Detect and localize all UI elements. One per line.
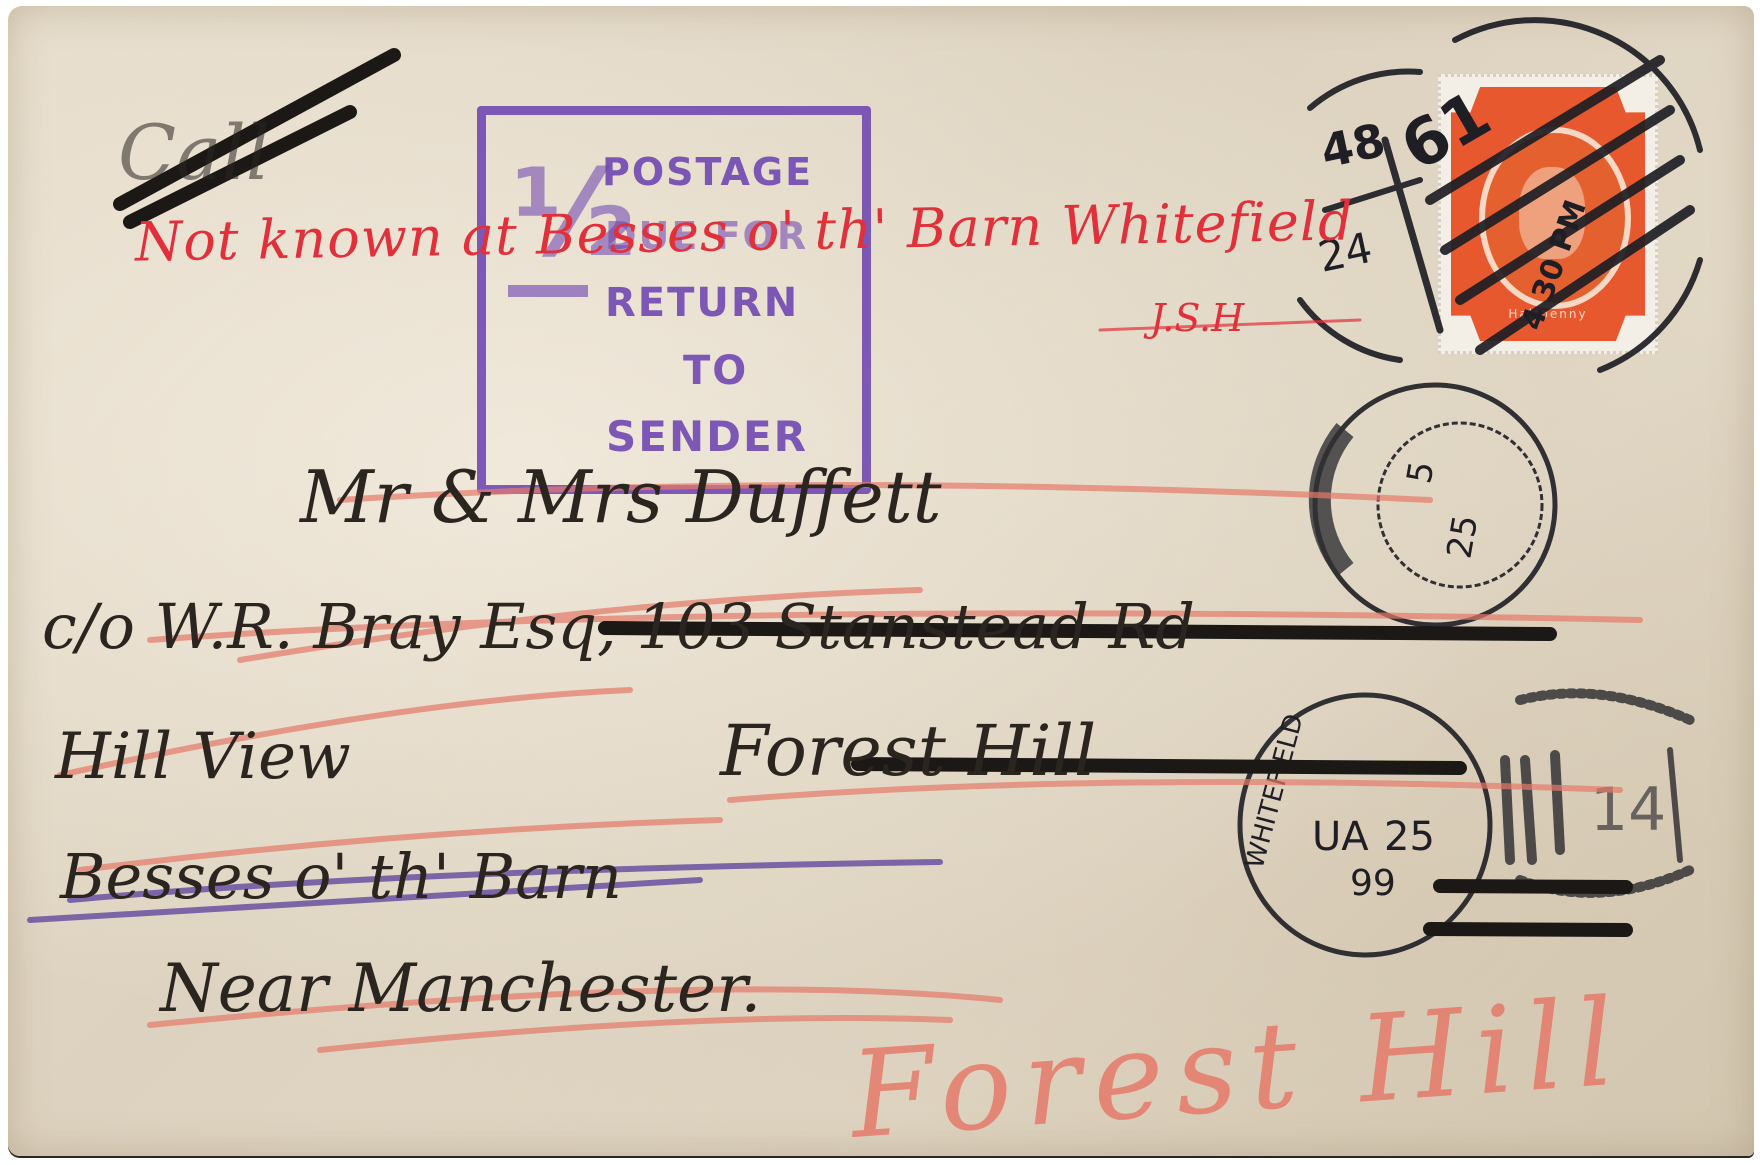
queen-portrait-icon bbox=[1519, 167, 1585, 259]
handstamp-line-5: SENDER bbox=[606, 412, 808, 461]
address-line-2: Hill View bbox=[55, 720, 351, 794]
address-line-2-right: Forest Hill bbox=[720, 710, 1096, 792]
address-line-3: Besses o' th' Barn bbox=[60, 840, 622, 913]
address-line-1: c/o W.R. Bray Esq, 103 Stanstead Rd bbox=[42, 590, 1195, 663]
handstamp-line-4: TO bbox=[683, 348, 748, 394]
postage-stamp: Halfpenny bbox=[1438, 74, 1658, 354]
address-recipient: Mr & Mrs Duffett bbox=[300, 455, 942, 539]
address-line-4: Near Manchester. bbox=[160, 950, 761, 1027]
stamp-denomination: Halfpenny bbox=[1441, 307, 1655, 321]
red-initials: J.S.H bbox=[1150, 296, 1244, 340]
handstamp-bar bbox=[508, 285, 588, 297]
handstamp-line-3: RETURN bbox=[605, 280, 799, 326]
handstamp-line-1: POSTAGE bbox=[602, 150, 813, 194]
crossed-out-note: Call bbox=[118, 108, 270, 197]
